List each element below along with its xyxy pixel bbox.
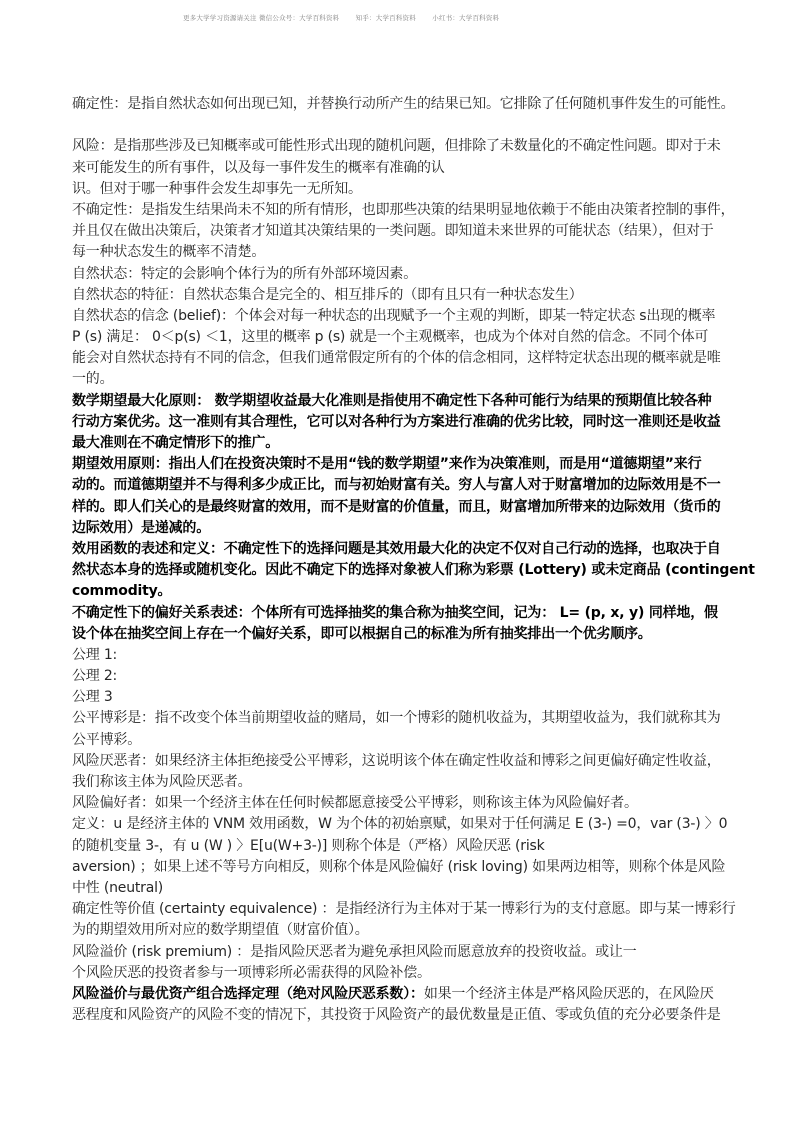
- text-line: commodity。: [72, 581, 728, 602]
- bold-text-segment: 行动方案优劣。这一准则有其合理性，它可以对各种行为方案进行准确的优劣比较，同时这…: [72, 414, 721, 430]
- body-text-segment: 公平博彩。: [72, 732, 141, 748]
- page-header-note: 更多大学学习资源请关注 微信公众号：大学百科资料 知乎：大学百科资料 小红书：大…: [183, 13, 499, 22]
- body-text-segment: 确定性等价值 (certainty equivalence) ：是指经济行为主体…: [72, 901, 736, 917]
- body-text-segment: 风险厌恶者：如果经济主体拒绝接受公平博彩，这说明该个体在确定性收益和博彩之间更偏…: [72, 753, 721, 769]
- bold-text-segment: 效用函数的表述和定义：不确定性下的选择问题是其效用最大化的决定不仅对自己行动的选…: [72, 541, 721, 557]
- text-line: 定义：u 是经济主体的 VNM 效用函数，W 为个体的初始禀赋，如果对于任何满足…: [72, 814, 728, 835]
- bold-text-segment: 不确定性下的偏好关系表述：个体所有可选择抽奖的集合称为抽奖空间，记为： L= (…: [72, 605, 718, 621]
- text-line: 边际效用）是递减的。: [72, 518, 728, 539]
- text-line: 确定性等价值 (certainty equivalence) ：是指经济行为主体…: [72, 899, 728, 920]
- body-text-segment: 来可能发生的所有事件，以及每一事件发生的概率有准确的认: [72, 160, 445, 176]
- body-text-segment: 自然状态的特征：自然状态集合是完全的、相互排斥的（即有且只有一种状态发生）: [72, 287, 583, 303]
- text-line: P (s) 满足： 0＜p(s) ＜1，这里的概率 p (s) 就是一个主观概率…: [72, 327, 728, 348]
- text-line: 行动方案优劣。这一准则有其合理性，它可以对各种行为方案进行准确的优劣比较，同时这…: [72, 412, 728, 433]
- document-page: 更多大学学习资源请关注 微信公众号：大学百科资料 知乎：大学百科资料 小红书：大…: [0, 0, 793, 1122]
- document-body: 确定性：是指自然状态如何出现已知，并替换行动所产生的结果已知。它排除了任何随机事…: [72, 94, 728, 1026]
- text-line: 自然状态的特征：自然状态集合是完全的、相互排斥的（即有且只有一种状态发生）: [72, 285, 728, 306]
- body-text-segment: 如果一个经济主体是严格风险厌恶的，在风险厌: [424, 986, 714, 1002]
- text-line: 设个体在抽奖空间上存在一个偏好关系，即可以根据自己的标准为所有抽奖排出一个优劣顺…: [72, 624, 728, 645]
- text-line: 不确定性下的偏好关系表述：个体所有可选择抽奖的集合称为抽奖空间，记为： L= (…: [72, 603, 728, 624]
- text-line: 风险厌恶者：如果经济主体拒绝接受公平博彩，这说明该个体在确定性收益和博彩之间更偏…: [72, 751, 728, 772]
- text-line: 个风险厌恶的投资者参与一项博彩所必需获得的风险补偿。: [72, 963, 728, 984]
- body-text-segment: 并且仅在做出决策后，决策者才知道其决策结果的一类问题。即知道未来世界的可能状态（…: [72, 223, 714, 239]
- body-text-segment: 公理 2:: [72, 668, 117, 684]
- bold-text-segment: 数学期望最大化原则： 数学期望收益最大化准则是指使用不确定性下各种可能行为结果的…: [72, 393, 711, 409]
- body-text-segment: 的随机变量 3-，有 u (W ) 〉E[u(W+3-)] 则称个体是（严格）风…: [72, 838, 545, 854]
- body-text-segment: P (s) 满足： 0＜p(s) ＜1，这里的概率 p (s) 就是一个主观概率…: [72, 329, 708, 345]
- text-line: 数学期望最大化原则： 数学期望收益最大化准则是指使用不确定性下各种可能行为结果的…: [72, 391, 728, 412]
- text-line: 期望效用原则：指出人们在投资决策时不是用“钱的数学期望”来作为决策准则，而是用“…: [72, 454, 728, 475]
- header-wechat-note: 更多大学学习资源请关注 微信公众号：大学百科资料: [183, 14, 339, 22]
- text-line: 风险溢价 (risk premium) ：是指风险厌恶者为避免承担风险而愿意放弃…: [72, 942, 728, 963]
- bold-text-segment: 样的。即人们关心的是最终财富的效用，而不是财富的价值量，而且，财富增加所带来的边…: [72, 499, 721, 515]
- bold-text-segment: 然状态本身的选择或随机变化。因此不确定下的选择对象被人们称为彩票 (Lotter…: [72, 562, 755, 578]
- text-line: 我们称该主体为风险厌恶者。: [72, 772, 728, 793]
- body-text-segment: 不确定性：是指发生结果尚未不知的所有情形，也即那些决策的结果明显地依赖于不能由决…: [72, 202, 734, 218]
- bold-text-segment: 边际效用）是递减的。: [72, 520, 210, 536]
- bold-text-segment: 设个体在抽奖空间上存在一个偏好关系，即可以根据自己的标准为所有抽奖排出一个优劣顺…: [72, 626, 652, 642]
- body-text-segment: 公理 1:: [72, 647, 117, 663]
- body-text-segment: 恶程度和风险资产的风险不变的情况下，其投资于风险资产的最优数量是正值、零或负值的…: [72, 1007, 721, 1023]
- body-text-segment: 一的。: [72, 371, 113, 387]
- text-line: 公理 1:: [72, 645, 728, 666]
- body-text-segment: 定义：u 是经济主体的 VNM 效用函数，W 为个体的初始禀赋，如果对于任何满足…: [72, 816, 727, 832]
- text-line: 动的。而道德期望并不与得利多少成正比，而与初始财富有关。穷人与富人对于财富增加的…: [72, 475, 728, 496]
- body-text-segment: 公理 3: [72, 689, 113, 705]
- text-line: 能会对自然状态持有不同的信念，但我们通常假定所有的个体的信念相同，这样特定状态出…: [72, 348, 728, 369]
- text-line: aversion) ；如果上述不等号方向相反，则称个体是风险偏好 (risk l…: [72, 857, 728, 878]
- body-text-segment: 个风险厌恶的投资者参与一项博彩所必需获得的风险补偿。: [72, 965, 431, 981]
- text-line: 公平博彩是：指不改变个体当前期望收益的赌局，如一个博彩的随机收益为，其期望收益为…: [72, 708, 728, 729]
- text-line: 样的。即人们关心的是最终财富的效用，而不是财富的价值量，而且，财富增加所带来的边…: [72, 497, 728, 518]
- text-line: 风险溢价与最优资产组合选择定理（绝对风险厌恶系数）：如果一个经济主体是严格风险厌…: [72, 984, 728, 1005]
- body-text-segment: 能会对自然状态持有不同的信念，但我们通常假定所有的个体的信念相同，这样特定状态出…: [72, 350, 721, 366]
- body-text-segment: 风险溢价 (risk premium) ：是指风险厌恶者为避免承担风险而愿意放弃…: [72, 944, 637, 960]
- text-line: [72, 115, 728, 136]
- body-text-segment: aversion) ；如果上述不等号方向相反，则称个体是风险偏好 (risk l…: [72, 859, 725, 875]
- text-line: 中性 (neutral): [72, 878, 728, 899]
- text-line: 公平博彩。: [72, 730, 728, 751]
- text-line: 的随机变量 3-，有 u (W ) 〉E[u(W+3-)] 则称个体是（严格）风…: [72, 836, 728, 857]
- body-text-segment: 为的期望效用所对应的数学期望值（财富价值）。: [72, 922, 369, 938]
- bold-text-segment: 动的。而道德期望并不与得利多少成正比，而与初始财富有关。穷人与富人对于财富增加的…: [72, 477, 721, 493]
- text-line: 效用函数的表述和定义：不确定性下的选择问题是其效用最大化的决定不仅对自己行动的选…: [72, 539, 728, 560]
- text-line: 最大准则在不确定情形下的推广。: [72, 433, 728, 454]
- text-line: 公理 3: [72, 687, 728, 708]
- text-line: 风险：是指那些涉及已知概率或可能性形式出现的随机问题，但排除了未数量化的不确定性…: [72, 136, 728, 157]
- body-text-segment: 识。但对于哪一种事件会发生却事先一无所知。: [72, 181, 362, 197]
- body-text-segment: 公平博彩是：指不改变个体当前期望收益的赌局，如一个博彩的随机收益为，其期望收益为…: [72, 710, 721, 726]
- text-line: 并且仅在做出决策后，决策者才知道其决策结果的一类问题。即知道未来世界的可能状态（…: [72, 221, 728, 242]
- header-xiaohongshu-note: 小红书：大学百科资料: [432, 14, 499, 22]
- text-line: 一的。: [72, 369, 728, 390]
- text-line: 来可能发生的所有事件，以及每一事件发生的概率有准确的认: [72, 158, 728, 179]
- body-text-segment: 自然状态的信念 (belief)：个体会对每一种状态的出现赋予一个主观的判断，即…: [72, 308, 715, 324]
- body-text-segment: 中性 (neutral): [72, 880, 163, 896]
- text-line: 确定性：是指自然状态如何出现已知，并替换行动所产生的结果已知。它排除了任何随机事…: [72, 94, 728, 115]
- text-line: 识。但对于哪一种事件会发生却事先一无所知。: [72, 179, 728, 200]
- text-line: 公理 2:: [72, 666, 728, 687]
- text-line: 恶程度和风险资产的风险不变的情况下，其投资于风险资产的最优数量是正值、零或负值的…: [72, 1005, 728, 1026]
- body-text-segment: 自然状态：特定的会影响个体行为的所有外部环境因素。: [72, 266, 417, 282]
- text-line: 风险偏好者：如果一个经济主体在任何时候都愿意接受公平博彩，则称该主体为风险偏好者…: [72, 793, 728, 814]
- body-text-segment: 确定性：是指自然状态如何出现已知，并替换行动所产生的结果已知。它排除了任何随机事…: [72, 96, 734, 112]
- text-line: 自然状态的信念 (belief)：个体会对每一种状态的出现赋予一个主观的判断，即…: [72, 306, 728, 327]
- bold-text-segment: 期望效用原则：指出人们在投资决策时不是用“钱的数学期望”来作为决策准则，而是用“…: [72, 456, 701, 472]
- text-line: 不确定性：是指发生结果尚未不知的所有情形，也即那些决策的结果明显地依赖于不能由决…: [72, 200, 728, 221]
- text-line: 然状态本身的选择或随机变化。因此不确定下的选择对象被人们称为彩票 (Lotter…: [72, 560, 728, 581]
- text-line: 为的期望效用所对应的数学期望值（财富价值）。: [72, 920, 728, 941]
- body-text-segment: 风险：是指那些涉及已知概率或可能性形式出现的随机问题，但排除了未数量化的不确定性…: [72, 138, 721, 154]
- bold-text-segment: 最大准则在不确定情形下的推广。: [72, 435, 279, 451]
- text-line: 每一种状态发生的概率不清楚。: [72, 242, 728, 263]
- bold-text-segment: 风险溢价与最优资产组合选择定理（绝对风险厌恶系数）：: [72, 986, 424, 1002]
- text-line: 自然状态：特定的会影响个体行为的所有外部环境因素。: [72, 264, 728, 285]
- bold-text-segment: commodity。: [72, 583, 171, 599]
- body-text-segment: 风险偏好者：如果一个经济主体在任何时候都愿意接受公平博彩，则称该主体为风险偏好者…: [72, 795, 638, 811]
- body-text-segment: 我们称该主体为风险厌恶者。: [72, 774, 251, 790]
- header-zhihu-note: 知乎：大学百科资料: [356, 14, 416, 22]
- body-text-segment: 每一种状态发生的概率不清楚。: [72, 244, 265, 260]
